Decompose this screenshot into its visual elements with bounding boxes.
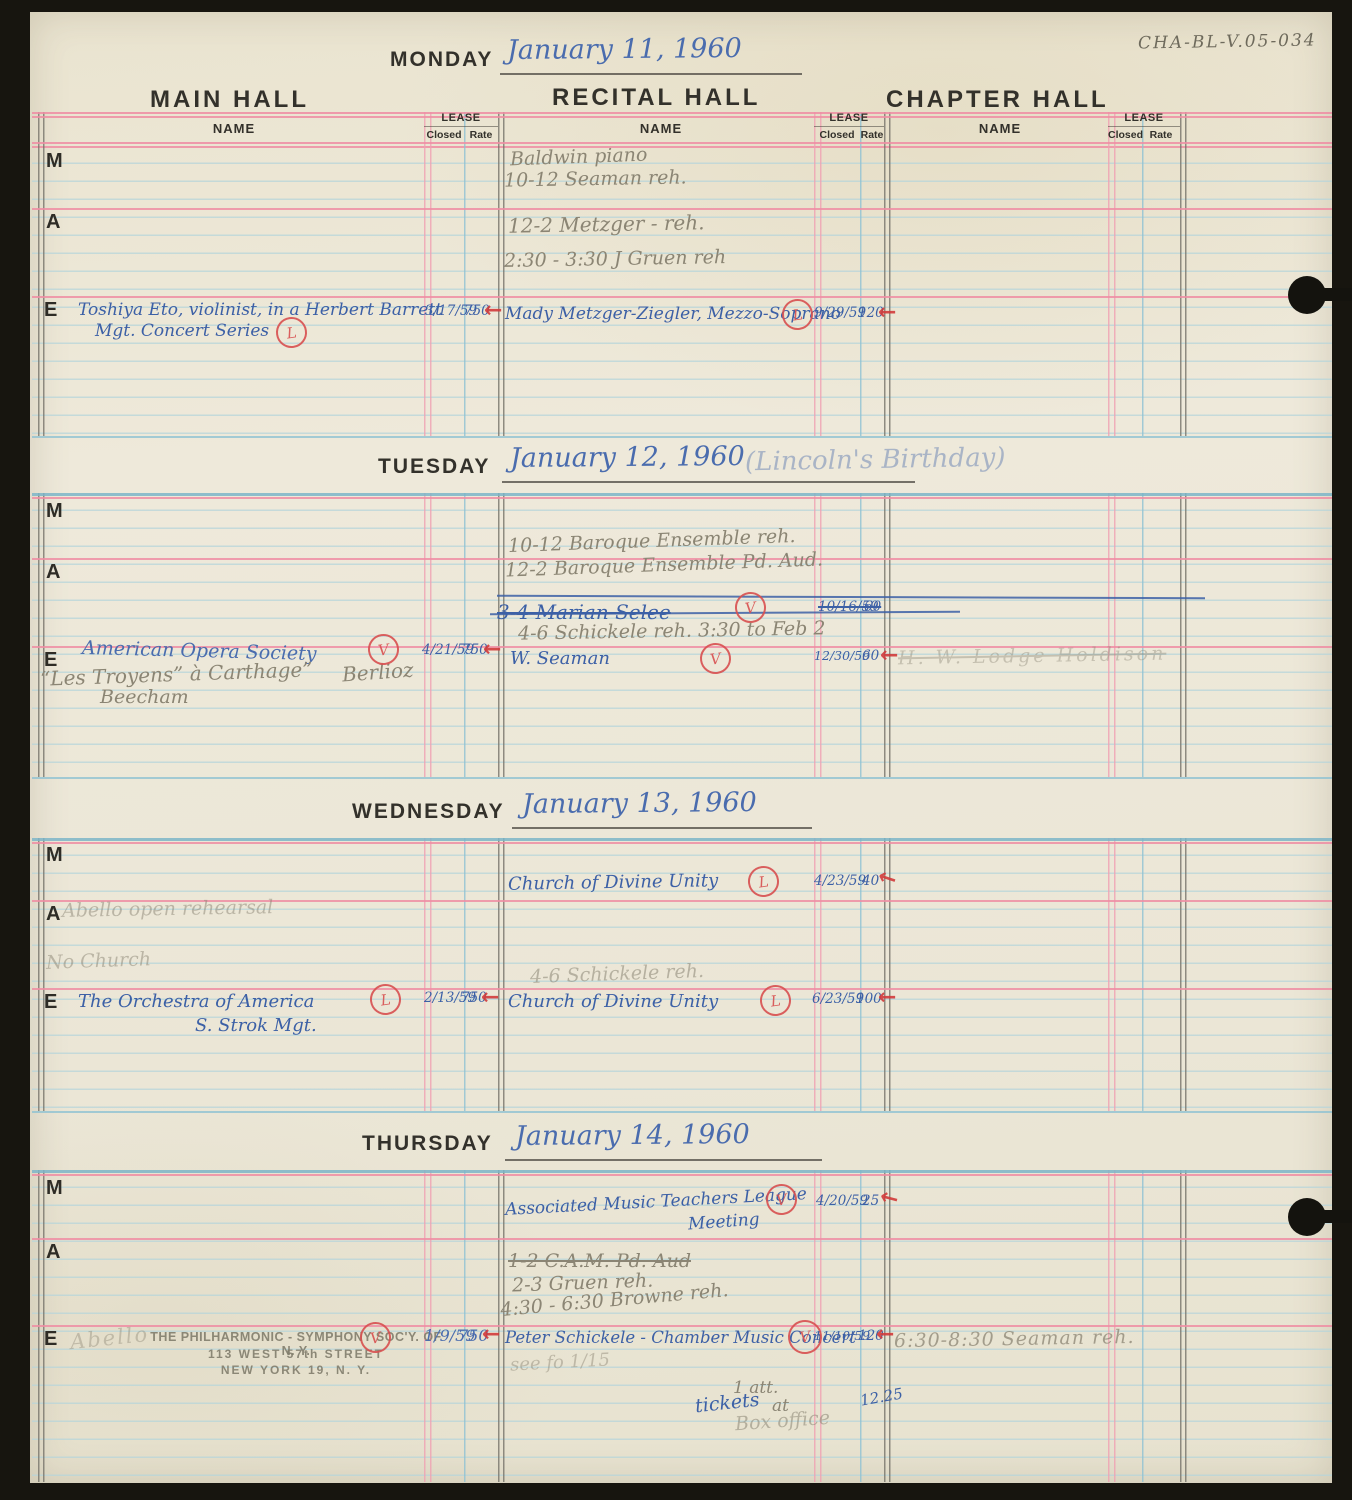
entry-name: Mgt. Concert Series <box>95 321 269 341</box>
col-rate-recital: Rate <box>860 129 884 141</box>
date-underline <box>502 481 915 483</box>
hall-title-main: MAIN HALL <box>150 86 309 114</box>
col-name-chapter: NAME <box>892 121 1108 136</box>
erased-note: Abello open rehearsal <box>62 896 274 922</box>
row-e: E <box>44 299 57 322</box>
cancelled-entry: 1-2 C.A.M. Pd. Aud <box>508 1250 691 1272</box>
rule-line <box>32 493 1332 496</box>
date-underline <box>505 1159 822 1161</box>
entry-name: The Orchestra of America <box>78 991 314 1012</box>
hole-punch-notch <box>1320 1210 1352 1223</box>
col-rate-chapter: Rate <box>1142 129 1180 141</box>
row-m: M <box>46 150 63 173</box>
date-underline <box>512 827 812 829</box>
closed-date: 4/23/59 <box>814 873 866 889</box>
row-a: A <box>46 211 60 234</box>
rule-line <box>32 1238 1332 1240</box>
col-lease-main: LEASE <box>424 112 498 124</box>
rule-line <box>32 208 1332 210</box>
row-a: A <box>46 561 60 584</box>
rule-line <box>32 1170 1332 1173</box>
paid-arrow-icon: ← <box>878 300 896 325</box>
entry-name: S. Strok Mgt. <box>195 1015 317 1036</box>
rule-line <box>32 1325 1332 1327</box>
rule-line <box>32 142 1332 144</box>
date-wednesday: January 13, 1960 <box>522 787 757 820</box>
col-lease-chapter: LEASE <box>1108 112 1180 124</box>
paid-arrow-icon: ← <box>880 643 898 668</box>
paid-arrow-icon: ← <box>481 985 499 1010</box>
row-a: A <box>46 1241 60 1264</box>
rule-line <box>32 1174 1332 1176</box>
rule-line <box>32 1111 1332 1113</box>
row-m: M <box>46 844 63 867</box>
paid-arrow-icon: ← <box>483 637 501 662</box>
lease-divider <box>814 126 884 127</box>
col-name-main: NAME <box>44 121 424 136</box>
entry-note: 12-2 Metzger - reh. <box>508 210 705 237</box>
col-closed-main: Closed <box>424 129 464 141</box>
lease-divider <box>424 126 498 127</box>
stamp-line: 113 WEST 57th STREET <box>150 1347 442 1361</box>
paid-arrow-icon: ← <box>484 298 502 323</box>
rule-line <box>32 296 1332 298</box>
date-monday: January 11, 1960 <box>507 33 742 66</box>
archive-code: CHA-BL-V.05-034 <box>1138 30 1317 53</box>
row-e: E <box>44 1328 57 1351</box>
entry-note: 10-12 Seaman reh. <box>504 166 687 191</box>
holiday-note: (Lincoln's Birthday) <box>745 443 1006 478</box>
date-tuesday: January 12, 1960 <box>510 441 745 474</box>
day-label-thursday: THURSDAY <box>362 1132 493 1156</box>
rule-line <box>32 838 1332 841</box>
rule-line <box>32 436 1332 438</box>
hole-punch-notch <box>1320 288 1352 301</box>
stamp-line: NEW YORK 19, N. Y. <box>150 1363 442 1377</box>
rate: 60 <box>864 599 881 615</box>
rule-line <box>32 988 1332 990</box>
closed-date: 4/20/59 <box>816 1193 868 1209</box>
col-rate-main: Rate <box>464 129 498 141</box>
row-a: A <box>46 903 60 926</box>
day-label-tuesday: TUESDAY <box>378 455 490 479</box>
entry-name: Church of Divine Unity <box>508 991 718 1012</box>
monday-grid <box>32 146 1332 436</box>
col-closed-recital: Closed <box>814 129 860 141</box>
date-underline <box>500 73 802 75</box>
entry-name: Beecham <box>100 686 189 708</box>
erased-entry: H. W. Lodge Holdison <box>898 643 1167 670</box>
paid-arrow-icon: ← <box>482 1322 500 1347</box>
row-m: M <box>46 1177 63 1200</box>
row-e: E <box>44 991 57 1014</box>
row-m: M <box>46 500 63 523</box>
date-thursday: January 14, 1960 <box>515 1119 750 1152</box>
col-lease-recital: LEASE <box>814 112 884 124</box>
col-name-recital: NAME <box>508 121 814 136</box>
entry-note: 6:30-8:30 Seaman reh. <box>894 1326 1135 1352</box>
ledger-page: CHA-BL-V.05-034 MONDAY January 11, 1960 … <box>0 0 1352 1500</box>
column-grid <box>32 146 1332 436</box>
rule-line <box>32 842 1332 844</box>
rate: 60 <box>862 648 879 664</box>
paid-arrow-icon: ← <box>878 985 896 1010</box>
entry-name: Church of Divine Unity <box>508 870 719 895</box>
hall-title-chapter: CHAPTER HALL <box>886 86 1109 114</box>
lease-divider <box>1108 126 1180 127</box>
entry-name: Toshiya Eto, violinist, in a Herbert Bar… <box>78 300 442 320</box>
hall-title-recital: RECITAL HALL <box>552 84 760 112</box>
paid-arrow-icon: ← <box>876 1322 894 1347</box>
rule-line <box>32 497 1332 499</box>
entry-note: 2:30 - 3:30 J Gruen reh <box>504 246 726 272</box>
entry-name: W. Seaman <box>510 648 610 669</box>
day-label-monday: MONDAY <box>390 48 493 72</box>
day-label-wednesday: WEDNESDAY <box>352 800 505 824</box>
erased-note: No Church <box>46 948 152 974</box>
rule-line <box>32 777 1332 779</box>
col-closed-chapter: Closed <box>1108 129 1142 141</box>
